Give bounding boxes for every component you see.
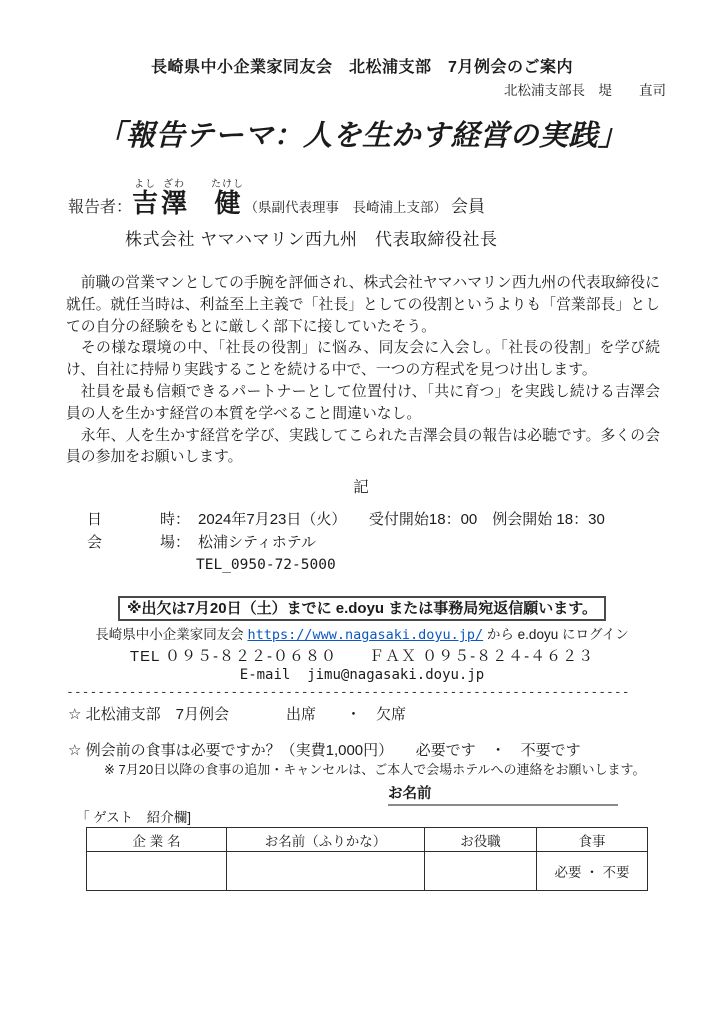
document-title: 長崎県中小企業家同友会 北松浦支部 7月例会のご案内 (0, 58, 724, 78)
office-tel-fax: TEL ０９５-８２２-０６８０ ＦＡＸ ０９５-８２４-４６２３ (0, 647, 724, 666)
login-suffix: から e.doyu にログイン (483, 627, 629, 642)
rsvp-deadline-notice: ※出欠は7月20日（土）までに e.doyu または事務局宛返信願います。 (118, 596, 606, 621)
header-position: お役職 (425, 828, 537, 852)
cell-position-blank (425, 852, 537, 891)
reporter-line: 報告者：吉よし澤ざわ健たけし（県副代表理事 長崎浦上支部）会員 (68, 179, 724, 220)
furigana-1: よし (132, 179, 158, 190)
edoyu-login-line: 長崎県中小企業家同友会 https://www.nagasaki.doyu.jp… (0, 626, 724, 644)
guest-table-header-row: 企 業 名 お名前（ふりかな） お役職 食事 (87, 828, 648, 852)
email-address: jimu@nagasaki.doyu.jp (307, 667, 484, 683)
name-char-3: 健たけし (211, 188, 241, 218)
furigana-2: ざわ (161, 179, 187, 190)
attendance-line: ☆ 北松浦支部 7月例会出席 ・ 欠席 (68, 705, 724, 724)
name-char-2: 澤ざわ (161, 188, 187, 218)
body-paragraph-2: その様な環境の中、「社長の役割」に悩み、同友会に入会し。「社長の役割」を学び続け… (66, 338, 660, 382)
guest-table-entry-row: 必要 ・ 不要 (87, 852, 648, 891)
email-label: E-mail (240, 667, 291, 683)
meal-cancellation-note: ※ 7月20日以降の食事の追加・キャンセルは、ご本人で会場ホテルへの連絡をお願い… (104, 761, 724, 778)
reporter-name: 吉よし澤ざわ健たけし (132, 188, 241, 218)
report-theme-title: 「報告テーマ：人を生かす経営の実践」 (0, 117, 724, 155)
meal-question-line: ☆ 例会前の食事は必要ですか？（実費1,000円） 必要です ・ 不要です (68, 741, 724, 760)
body-paragraph-3: 社員を最も信頼できるパートナーとして位置付け、「共に育つ」を実践し続ける吉澤会員… (66, 382, 660, 426)
name-char-1: 吉よし (132, 188, 158, 218)
header-meal: 食事 (537, 828, 648, 852)
body-paragraph-4: 永年、人を生かす経営を学び、実践してこられた吉澤会員の報告は必聴です。多くの会員… (66, 426, 660, 470)
login-prefix: 長崎県中小企業家同友会 (95, 627, 247, 642)
body-text: 前職の営業マンとしての手腕を評価され、株式会社ヤマハマリン西九州の代表取締役に就… (66, 273, 660, 469)
header-name: お名前（ふりかな） (227, 828, 425, 852)
venue-row: 会場：松浦シティホテル (87, 533, 724, 552)
reporter-affiliation: （県副代表理事 長崎浦上支部） (245, 200, 448, 215)
furigana-3: たけし (211, 179, 244, 190)
dashed-divider: ----------------------------------------… (66, 686, 662, 700)
reporter-label: 報告者： (68, 199, 132, 216)
reporter-member-suffix: 会員 (451, 197, 485, 216)
datetime-row: 日時：2024年7月23日（火） 受付開始18：00 例会開始 18：30 (87, 510, 724, 529)
datetime-label-b: 時： (160, 510, 198, 529)
document-page: 長崎県中小企業家同友会 北松浦支部 7月例会のご案内 北松浦支部長 堤 直司 「… (0, 0, 724, 1024)
cell-name-blank (227, 852, 425, 891)
name-label: お名前 (388, 786, 432, 802)
attendance-label: ☆ 北松浦支部 7月例会 (68, 705, 286, 724)
branch-chairman-name: 北松浦支部長 堤 直司 (0, 82, 724, 99)
record-mark: 記 (0, 478, 724, 497)
venue-phone: TEL_0950-72-5000 (196, 556, 724, 575)
meeting-details: 日時：2024年7月23日（火） 受付開始18：00 例会開始 18：30 会場… (87, 510, 724, 575)
cell-company-blank (87, 852, 227, 891)
datetime-value: 2024年7月23日（火） 受付開始18：00 例会開始 18：30 (198, 511, 605, 528)
doyu-website-link[interactable]: https://www.nagasaki.doyu.jp/ (247, 627, 483, 643)
office-email-line: E-mail jimu@nagasaki.doyu.jp (0, 667, 724, 684)
body-paragraph-1: 前職の営業マンとしての手腕を評価され、株式会社ヤマハマリン西九州の代表取締役に就… (66, 273, 660, 338)
name-fill-in-field: お名前 (388, 785, 618, 806)
datetime-label-a: 日 (87, 510, 160, 529)
venue-label-b: 場： (160, 533, 198, 552)
cell-meal-options: 必要 ・ 不要 (537, 852, 648, 891)
attendance-options: 出席 ・ 欠席 (286, 706, 406, 723)
header-company: 企 業 名 (87, 828, 227, 852)
guest-section-label: 「 ゲスト 紹介欄] (76, 809, 724, 826)
venue-label-a: 会 (87, 533, 160, 552)
reporter-company-title: 株式会社 ヤマハマリン西九州 代表取締役社長 (125, 229, 724, 251)
venue-value: 松浦シティホテル (198, 534, 316, 551)
guest-intro-table: 企 業 名 お名前（ふりかな） お役職 食事 必要 ・ 不要 (86, 827, 648, 891)
